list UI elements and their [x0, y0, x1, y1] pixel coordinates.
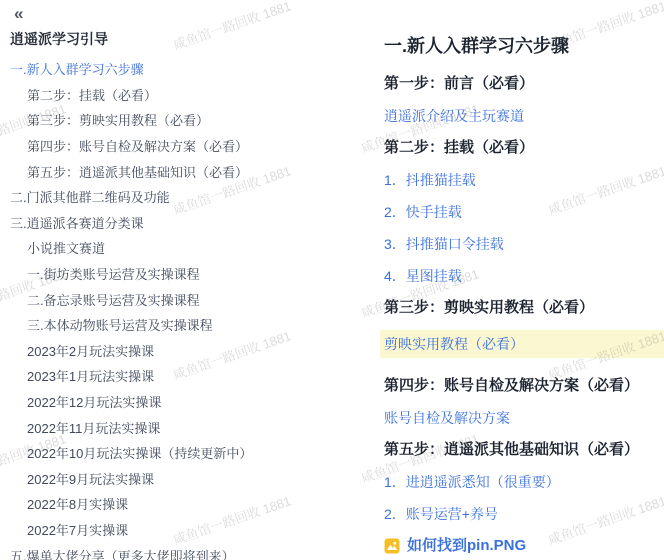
file-attachment-label: 如何找到pin.PNG — [407, 536, 526, 556]
sidebar-title: 逍遥派学习引导 — [10, 30, 372, 48]
sidebar-item[interactable]: 五.爆单大佬分享（更多大佬即将到来） — [10, 542, 372, 560]
sidebar-item[interactable]: 第二步：挂载（必看） — [10, 82, 372, 108]
doc-link[interactable]: 账号自检及解决方案 — [384, 408, 664, 428]
sidebar-item[interactable]: 2022年10月玩法实操课（持续更新中） — [10, 440, 372, 466]
sidebar-item[interactable]: 二.备忘录账号运营及实操课程 — [10, 286, 372, 312]
doc-link[interactable]: 4．星图挂载 — [384, 266, 664, 286]
app-window: « 逍遥派学习引导 一.新人入群学习六步骤第二步：挂载（必看）第三步：剪映实用教… — [0, 0, 664, 560]
sidebar-item[interactable]: 2022年7月实操课 — [10, 517, 372, 543]
sidebar-item[interactable]: 小说推文赛道 — [10, 235, 372, 261]
section-heading: 第四步：账号自检及解决方案（必看） — [384, 376, 664, 396]
file-attachment-link[interactable]: 如何找到pin.PNG — [384, 536, 664, 556]
toc-nav: 一.新人入群学习六步骤第二步：挂载（必看）第三步：剪映实用教程（必看）第四步：账… — [10, 56, 372, 560]
sidebar-item[interactable]: 一.街坊类账号运营及实操课程 — [10, 261, 372, 287]
doc-link[interactable]: 1．抖推猫挂载 — [384, 170, 664, 190]
section-heading: 第五步：逍遥派其他基础知识（必看） — [384, 440, 664, 460]
doc-content: 一.新人入群学习六步骤第一步：前言（必看）逍遥派介绍及主玩赛道第二步：挂载（必看… — [372, 0, 664, 560]
sidebar-item[interactable]: 二.门派其他群二维码及功能 — [10, 184, 372, 210]
sidebar-item[interactable]: 第三步：剪映实用教程（必看） — [10, 107, 372, 133]
sidebar-item[interactable]: 三.逍遥派各赛道分类课 — [10, 210, 372, 236]
image-file-icon — [384, 538, 400, 554]
sidebar-item[interactable]: 2023年2月玩法实操课 — [10, 338, 372, 364]
sidebar-item-active[interactable]: 一.新人入群学习六步骤 — [10, 56, 372, 82]
sidebar-item[interactable]: 第四步：账号自检及解决方案（必看） — [10, 133, 372, 159]
collapse-sidebar-icon[interactable]: « — [10, 5, 27, 23]
sidebar-item[interactable]: 2023年1月玩法实操课 — [10, 363, 372, 389]
doc-title: 一.新人入群学习六步骤 — [384, 34, 664, 58]
doc-link[interactable]: 2．快手挂载 — [384, 202, 664, 222]
doc-link[interactable]: 1．进逍遥派悉知（很重要） — [384, 472, 664, 492]
sidebar-item[interactable]: 2022年11月玩法实操课 — [10, 414, 372, 440]
sidebar-item[interactable]: 三.本体动物账号运营及实操课程 — [10, 312, 372, 338]
doc-link-highlighted[interactable]: 剪映实用教程（必看） — [380, 330, 664, 358]
doc-link[interactable]: 逍遥派介绍及主玩赛道 — [384, 106, 664, 126]
doc-link[interactable]: 2．账号运营+养号 — [384, 504, 664, 524]
section-heading: 第三步：剪映实用教程（必看） — [384, 298, 664, 318]
section-heading: 第二步：挂载（必看） — [384, 138, 664, 158]
sidebar-item[interactable]: 2022年12月玩法实操课 — [10, 389, 372, 415]
sidebar-item[interactable]: 2022年8月实操课 — [10, 491, 372, 517]
toc-sidebar: « 逍遥派学习引导 一.新人入群学习六步骤第二步：挂载（必看）第三步：剪映实用教… — [0, 0, 372, 560]
section-heading: 第一步：前言（必看） — [384, 74, 664, 94]
sidebar-item[interactable]: 2022年9月玩法实操课 — [10, 466, 372, 492]
doc-link[interactable]: 3．抖推猫口令挂载 — [384, 234, 664, 254]
sidebar-item[interactable]: 第五步：逍遥派其他基础知识（必看） — [10, 158, 372, 184]
